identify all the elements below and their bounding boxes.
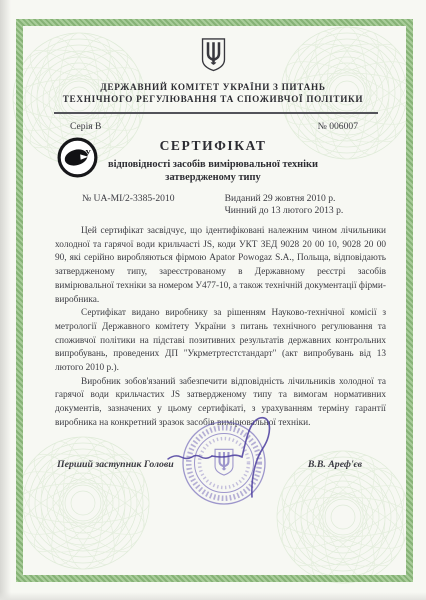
scan-shadow-bottom: [0, 592, 426, 600]
body-paragraph-2: Сертифікат видано виробнику за рішенням …: [55, 307, 386, 376]
certificate-page: ДЕРЖАВНИЙ КОМІТЕТ УКРАЇНИ З ПИТАНЬ ТЕХНІ…: [0, 0, 426, 600]
series-label: Серія В: [70, 121, 101, 132]
issuing-authority-line2: ТЕХНІЧНОГО РЕГУЛЮВАННЯ ТА СПОЖИВЧОЇ ПОЛІ…: [40, 93, 386, 105]
approval-mark-letter: У: [85, 149, 91, 158]
number-and-dates-row: № UA-MI/2-3385-2010 Виданий 29 жовтня 20…: [40, 193, 386, 217]
issuing-authority: ДЕРЖАВНИЙ КОМІТЕТ УКРАЇНИ З ПИТАНЬ ТЕХНІ…: [40, 81, 386, 105]
certificate-body: Цей сертифікат засвідчує, що ідентифіков…: [40, 225, 386, 431]
title-block: У СЕРТИФІКАТ відповідності засобів вимір…: [40, 138, 386, 184]
form-number: № 006007: [318, 121, 358, 132]
signature-squiggle: [168, 456, 212, 460]
series-row: Серія В № 006007: [40, 121, 386, 132]
issuing-authority-line1: ДЕРЖАВНИЙ КОМІТЕТ УКРАЇНИ З ПИТАНЬ: [40, 81, 386, 93]
ukraine-trident-emblem-icon: [200, 36, 227, 73]
header-divider: [54, 112, 378, 114]
body-paragraph-1: Цей сертифікат засвідчує, що ідентифіков…: [55, 225, 386, 307]
signer-name: В.В. Ареф'єв: [308, 459, 362, 470]
type-approval-mark-icon: У: [56, 136, 99, 179]
valid-until-date: Чинний до 13 лютого 2013 р.: [225, 205, 344, 217]
issue-date: Виданий 29 жовтня 2010 р.: [225, 193, 344, 205]
certificate-number: № UA-MI/2-3385-2010: [82, 193, 175, 217]
validity-dates: Виданий 29 жовтня 2010 р. Чинний до 13 л…: [225, 193, 344, 217]
official-round-stamp: [150, 403, 300, 525]
stamp-trident-icon: [215, 449, 233, 475]
